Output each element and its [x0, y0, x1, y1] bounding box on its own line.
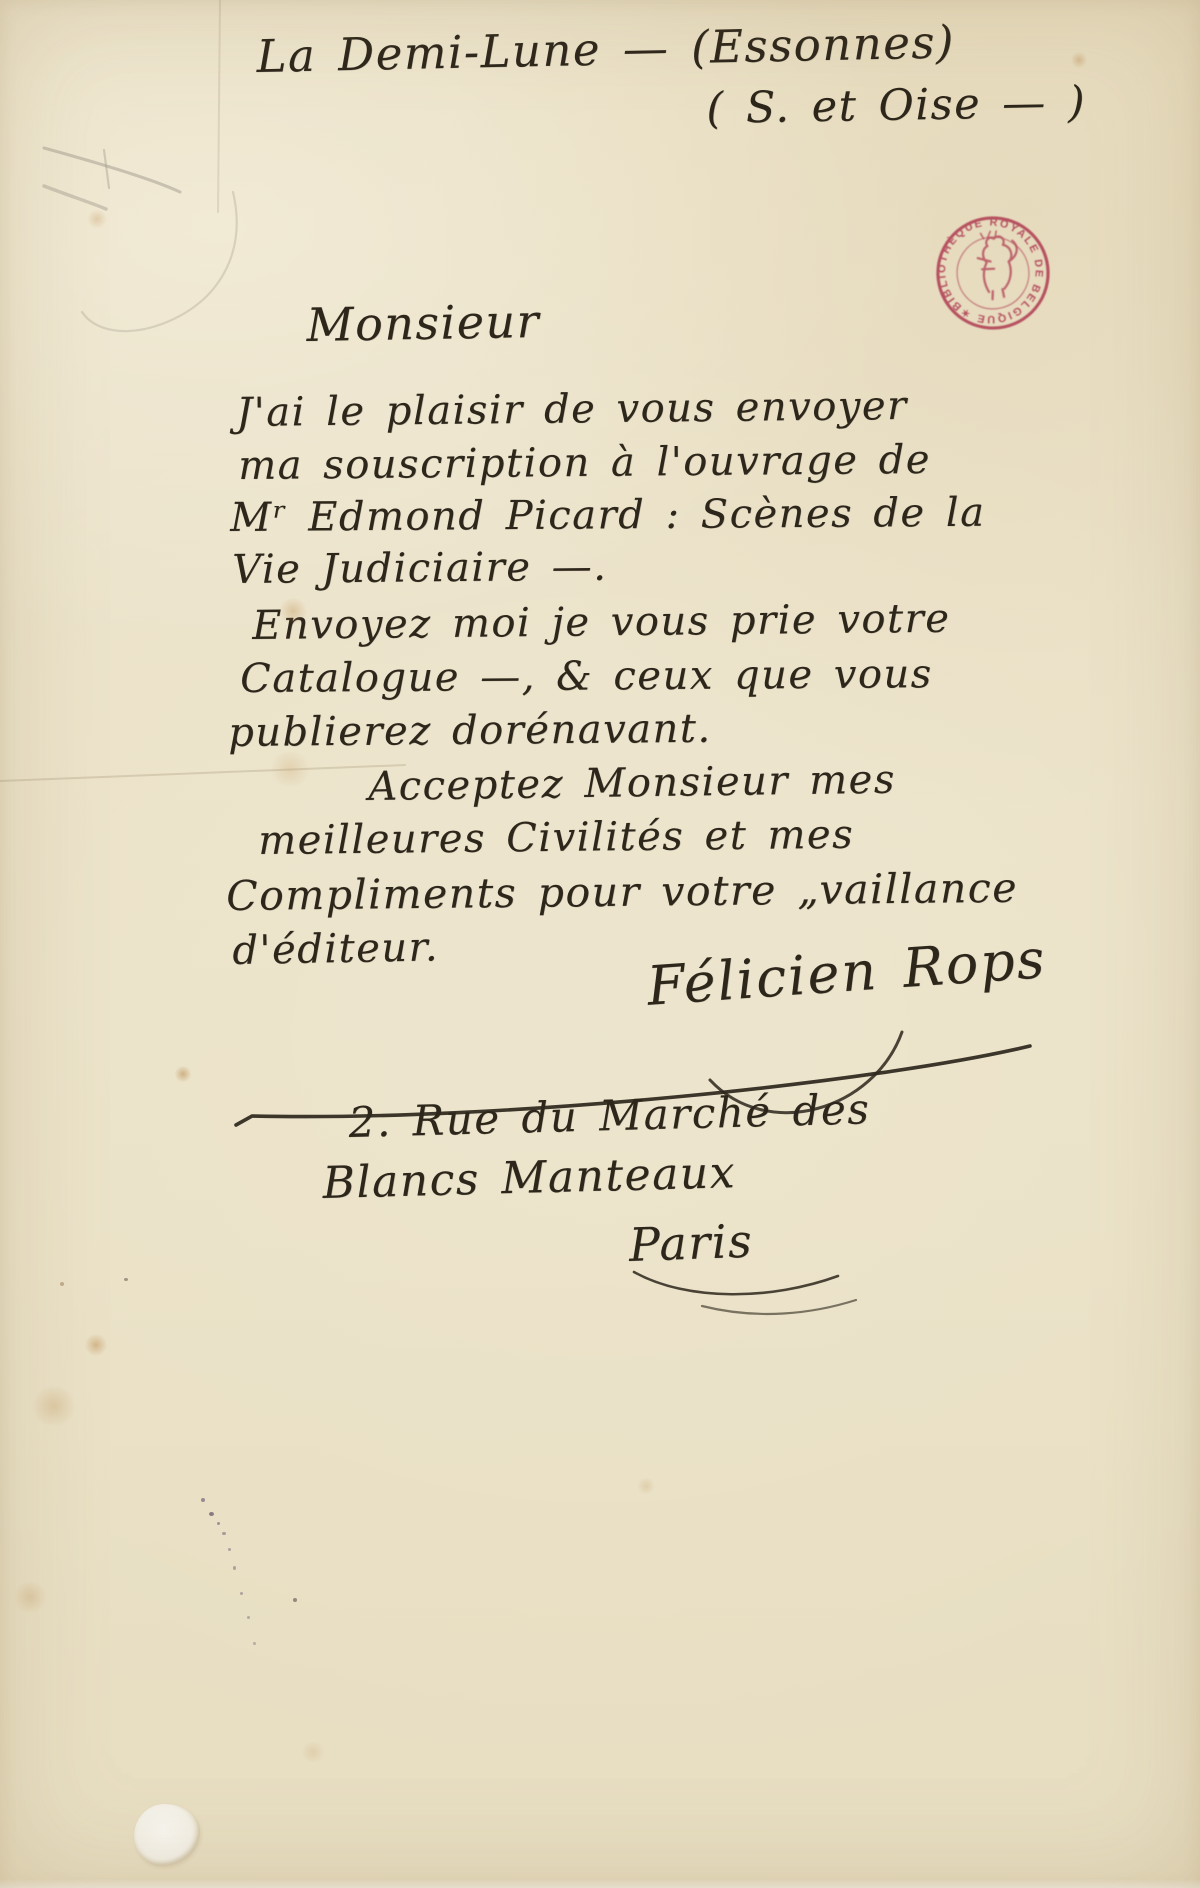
header-location: La Demi-Lune — (Essonnes)	[256, 15, 955, 83]
body-line: Compliments pour votre „vaillance	[226, 864, 1018, 920]
foxing-spot	[174, 1066, 192, 1082]
salutation: Monsieur	[306, 294, 540, 352]
fold-crease-horizontal	[0, 765, 405, 781]
ink-speck	[217, 1522, 220, 1525]
scan-edge-strip	[0, 1879, 1200, 1888]
body-line: Vie Judiciaire —.	[232, 544, 608, 593]
foxing-spot	[84, 1334, 108, 1356]
ink-speck	[60, 1282, 64, 1286]
stamp-text: BIBLIOTHÈQUE ROYALE DE BELGIQUE ✶	[926, 206, 1055, 335]
ink-speck	[253, 1642, 256, 1645]
signature: Félicien Rops	[645, 927, 1048, 1018]
damage-patch	[134, 1804, 200, 1866]
body-line: ma souscription à l'ouvrage de	[238, 437, 931, 489]
foxing-spot	[12, 1582, 48, 1612]
foxing-spot	[1070, 52, 1088, 68]
paris-flourish-tail	[702, 1300, 856, 1314]
ink-speck	[222, 1532, 226, 1535]
body-line: Envoyez moi je vous prie votre	[252, 596, 951, 649]
ink-speck	[240, 1592, 243, 1595]
body-line: meilleures Civilités et mes	[258, 812, 854, 864]
svg-text:BIBLIOTHÈQUE ROYALE DE BELGIQU: BIBLIOTHÈQUE ROYALE DE BELGIQUE ✶	[926, 206, 1055, 335]
ink-speck	[228, 1548, 231, 1551]
ink-speck	[209, 1512, 214, 1516]
foxing-spot	[86, 210, 108, 228]
library-stamp: BIBLIOTHÈQUE ROYALE DE BELGIQUE ✶	[923, 203, 1063, 343]
foxing-spot	[636, 1478, 656, 1494]
foxing-spot	[300, 1742, 326, 1762]
ink-speck	[124, 1278, 128, 1281]
address-line-3: Paris	[628, 1214, 754, 1272]
body-line: publierez dorénavant.	[228, 706, 712, 756]
letter-page: La Demi-Lune — (Essonnes) ( S. et Oise —…	[0, 0, 1200, 1888]
body-line: d'éditeur.	[232, 924, 439, 974]
fold-crease-vertical	[218, 0, 220, 212]
ink-speck	[247, 1616, 250, 1619]
header-department: ( S. et Oise — )	[706, 77, 1087, 134]
body-line: J'ai le plaisir de vous envoyer	[236, 383, 908, 436]
ink-speck	[293, 1598, 297, 1602]
ink-speck	[201, 1498, 205, 1502]
pencil-mark	[44, 148, 237, 331]
ink-speck	[233, 1566, 236, 1570]
body-line: Mʳ Edmond Picard : Scènes de la	[230, 490, 986, 541]
body-line: Acceptez Monsieur mes	[368, 757, 896, 810]
body-line: Catalogue —, & ceux que vous	[240, 651, 933, 702]
address-line-2: Blancs Manteaux	[322, 1147, 737, 1209]
foxing-spot	[268, 752, 312, 786]
address-line-1: 2. Rue du Marché des	[348, 1084, 871, 1147]
paris-flourish	[634, 1272, 838, 1294]
foxing-spot	[30, 1386, 78, 1426]
